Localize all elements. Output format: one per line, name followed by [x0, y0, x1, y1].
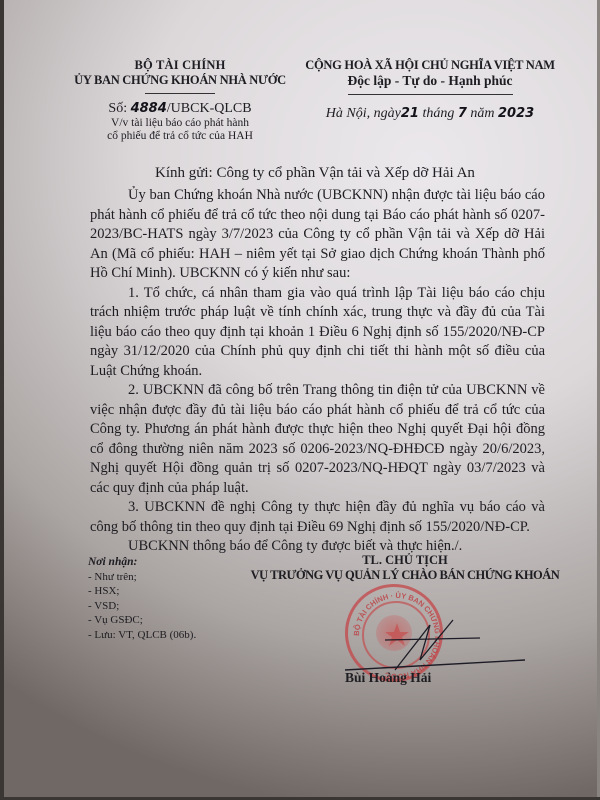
letter-body: Ủy ban Chứng khoán Nhà nước (UBCKNN) nhậ…: [90, 186, 545, 557]
signature-block: TL. CHỦ TỊCH VỤ TRƯỞNG VỤ QUẢN LÝ CHÀO B…: [240, 553, 570, 583]
agency-name: ỦY BAN CHỨNG KHOÁN NHÀ NƯỚC: [70, 73, 290, 88]
subject-line-1: V/v tài liệu báo cáo phát hành: [70, 117, 290, 130]
signer-position: VỤ TRƯỞNG VỤ QUẢN LÝ CHÀO BÁN CHỨNG KHOÁ…: [240, 568, 570, 583]
number-prefix: Số:: [108, 101, 127, 116]
ministry-name: BỘ TÀI CHÍNH: [70, 58, 290, 73]
point-2: 2. UBCKNN đã công bố trên Trang thông ti…: [90, 381, 545, 498]
recipient-item: Lưu: VT, QLCB (06b).: [88, 628, 196, 643]
motto-divider: [348, 94, 513, 95]
date-year: 2023: [498, 106, 534, 121]
recipient-item: Như trên;: [88, 570, 196, 585]
photo-edge-left: [0, 0, 4, 800]
header-divider: [145, 93, 215, 94]
issue-date: Hà Nội, ngày21 tháng 7 năm 2023: [290, 105, 570, 123]
date-place: Hà Nội, ngày: [326, 106, 401, 121]
nation-name: CỘNG HOÀ XÃ HỘI CHỦ NGHĨA VIỆT NAM: [290, 58, 570, 73]
document-number: Số: 4884/UBCK-QLCB: [70, 100, 290, 117]
recipients-title: Nơi nhận:: [88, 555, 196, 570]
on-behalf-title: TL. CHỦ TỊCH: [240, 553, 570, 568]
intro-paragraph: Ủy ban Chứng khoán Nhà nước (UBCKNN) nhậ…: [90, 186, 545, 284]
date-day: 21: [401, 106, 419, 121]
issuer-header: BỘ TÀI CHÍNH ỦY BAN CHỨNG KHOÁN NHÀ NƯỚC…: [70, 58, 290, 143]
recipient-item: HSX;: [88, 584, 196, 599]
addressee-line: Kính gửi: Công ty cổ phần Vận tải và Xếp…: [155, 164, 475, 182]
recipient-item: Vụ GSĐC;: [88, 613, 196, 628]
subject-line-2: cổ phiếu để trả cổ tức của HAH: [70, 130, 290, 143]
point-3: 3. UBCKNN đề nghị Công ty thực hiện đầy …: [90, 498, 545, 537]
recipient-item: VSD;: [88, 599, 196, 614]
signer-name: Bùi Hoàng Hải: [345, 670, 431, 686]
national-motto: Độc lập - Tự do - Hạnh phúc: [290, 73, 570, 89]
number-handwritten: 4884: [131, 101, 167, 116]
number-suffix: /UBCK-QLCB: [167, 101, 252, 116]
date-year-label: năm: [470, 106, 494, 121]
date-month: 7: [458, 106, 467, 121]
point-1: 1. Tổ chức, cá nhân tham gia vào quá trì…: [90, 284, 545, 382]
national-header: CỘNG HOÀ XÃ HỘI CHỦ NGHĨA VIỆT NAM Độc l…: [290, 58, 570, 123]
recipients-list: Nơi nhận: Như trên; HSX; VSD; Vụ GSĐC; L…: [88, 555, 196, 642]
date-month-label: tháng: [422, 106, 454, 121]
